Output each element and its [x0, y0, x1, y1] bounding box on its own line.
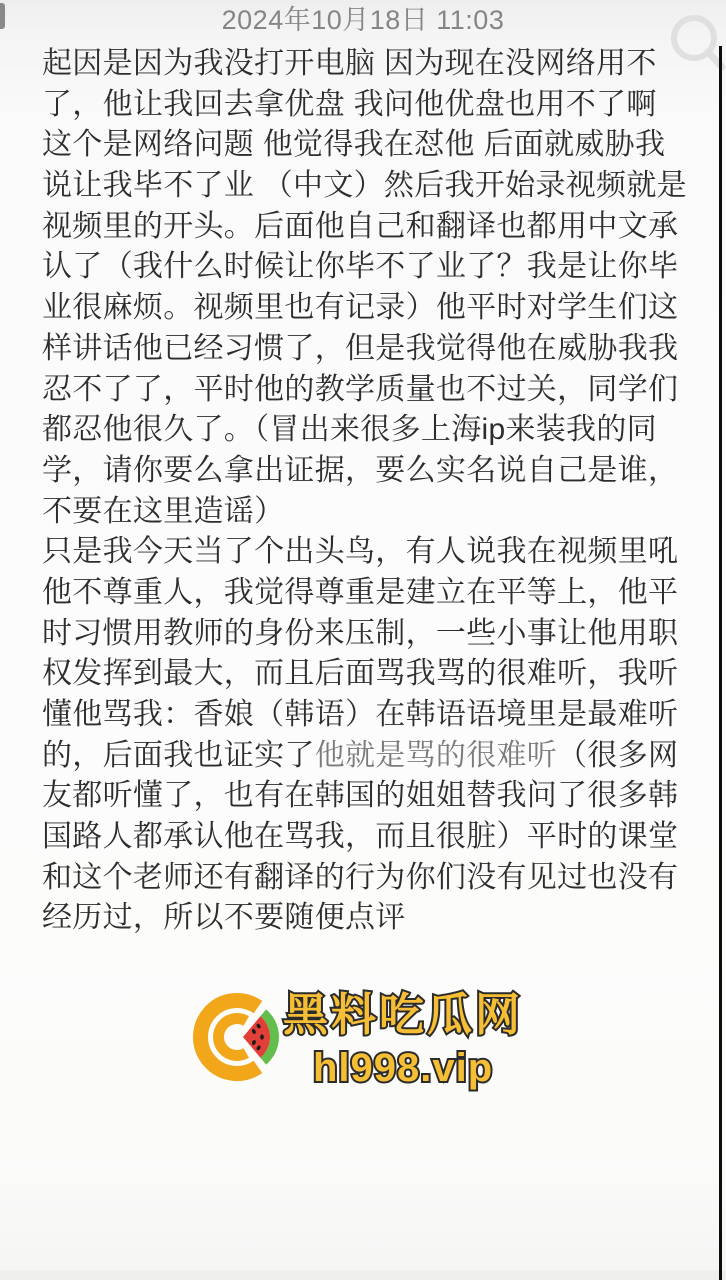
watermelon-icon — [243, 1009, 279, 1064]
text-line: 时习惯用教师的身份来压制，一些小事让他用职 — [42, 614, 698, 655]
text-line: 视频里的开头。后面他自己和翻译也都用中文承 — [42, 207, 698, 248]
bottom-shade — [0, 1270, 726, 1280]
text-line: 国路人都承认他在骂我，而且很脏）平时的课堂 — [42, 817, 698, 858]
text-line: 起因是因为我没打开电脑 因为现在没网络用不 — [42, 44, 698, 85]
screenshot-page: 2024年10月18日 11:03 起因是因为我没打开电脑 因为现在没网络用不 … — [0, 0, 726, 1280]
text-line: 学，请你要么拿出证据，要么实名说自己是谁， — [42, 451, 698, 492]
watermark-site-name: 黑料吃瓜网 — [283, 989, 523, 1040]
text-line: 都忍他很久了。（冒出来很多上海ip来装我的同 — [42, 410, 698, 451]
text-line: 他不尊重人，我觉得尊重是建立在平等上，他平 — [42, 573, 698, 614]
text-line: 友都听懂了，也有在韩国的姐姐替我问了很多韩 — [42, 776, 698, 817]
watermark-site-url: hl998.vip — [313, 1046, 493, 1090]
text-line-with-highlight: 的，后面我也证实了他就是骂的很难听（很多网 — [42, 736, 698, 777]
text-segment: （很多网 — [557, 739, 678, 772]
text-line: 样讲话他已经习惯了，但是我觉得他在威胁我我 — [42, 329, 698, 370]
text-line: 不要在这里造谣） — [42, 492, 698, 533]
text-line: 懂他骂我：香娘（韩语）在韩语语境里是最难听 — [42, 695, 698, 736]
corner-artifact — [0, 3, 5, 29]
watermark: 黑料吃瓜网 hl998.vip — [180, 975, 600, 1105]
text-line: 权发挥到最大，而且后面骂我骂的很难听，我听 — [42, 654, 698, 695]
highlighted-text: 他就是骂的很难听 — [315, 739, 557, 772]
timestamp: 2024年10月18日 11:03 — [0, 4, 726, 36]
text-line: 认了（我什么时候让你毕不了业了？我是让你毕 — [42, 247, 698, 288]
text-line: 这个是网络问题 他觉得我在怼他 后面就威胁我 — [42, 125, 698, 166]
post-body: 起因是因为我没打开电脑 因为现在没网络用不 了，他让我回去拿优盘 我问他优盘也用… — [42, 44, 698, 939]
text-segment: 的，后面我也证实了 — [42, 739, 315, 772]
text-line: 忍不了了，平时他的教学质量也不过关，同学们 — [42, 370, 698, 411]
logo-c-mark-inner — [218, 1019, 246, 1056]
text-line: 和这个老师还有翻译的行为你们没有见过也没有 — [42, 858, 698, 899]
text-line: 了，他让我回去拿优盘 我问他优盘也用不了啊 — [42, 85, 698, 126]
site-logo — [201, 1001, 279, 1074]
text-line: 只是我今天当了个出头鸟，有人说我在视频里吼 — [42, 532, 698, 573]
right-edge-divider — [719, 46, 722, 1280]
text-line: 经历过，所以不要随便点评 — [42, 898, 698, 939]
text-line: 说让我毕不了业 （中文）然后我开始录视频就是 — [42, 166, 698, 207]
text-line: 业很麻烦。视频里也有记录）他平时对学生们这 — [42, 288, 698, 329]
